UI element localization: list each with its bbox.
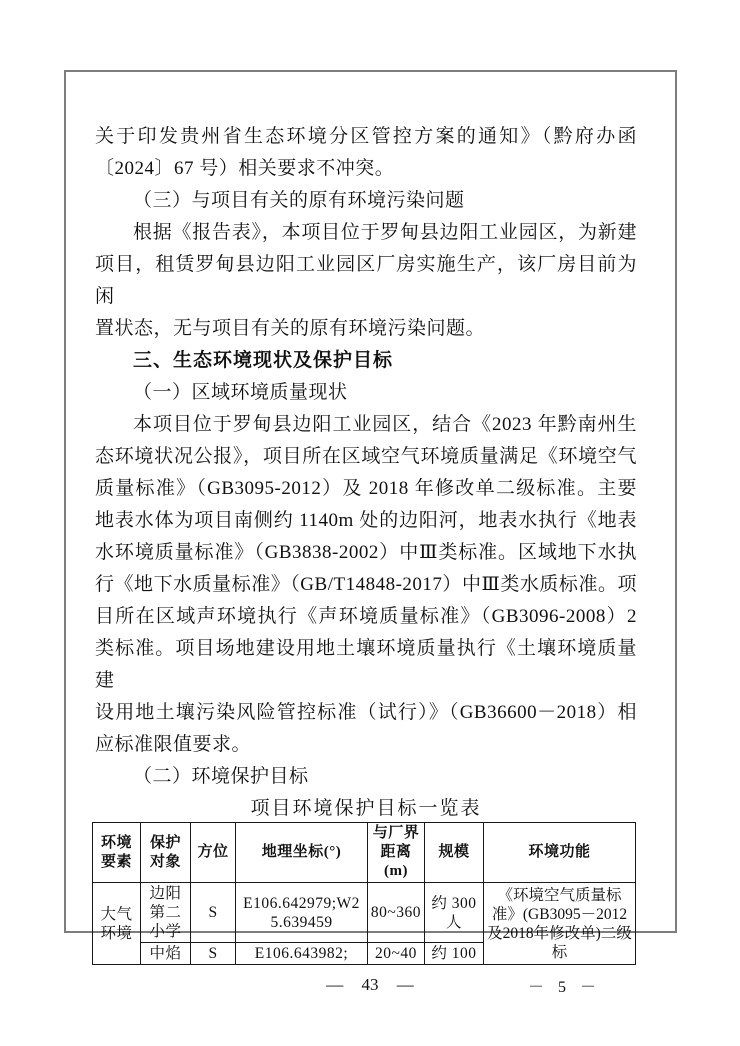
subsection-heading: （一）区域环境质量现状 — [95, 377, 637, 409]
col-header-element: 环境要素 — [93, 823, 141, 883]
table-caption: 项目环境保护目标一览表 — [95, 793, 637, 825]
cell-scale: 约 100 — [425, 943, 484, 965]
cell-scale: 约 300 人 — [425, 883, 484, 943]
col-header-direction: 方位 — [191, 823, 236, 883]
subsection-heading: （三）与项目有关的原有环境污染问题 — [95, 185, 637, 217]
table-header-row: 环境要素 保护对象 方位 地理坐标(°) 与厂界距离(m) 规模 环境功能 — [93, 823, 636, 883]
body-line: 本项目位于罗甸县边阳工业园区，结合《2023 年黔南州生 — [95, 409, 637, 441]
cell-distance: 80~360 — [368, 883, 425, 943]
cell-coordinates: E106.642979;W25.639459 — [236, 883, 368, 943]
body-line: 置状态，无与项目有关的原有环境污染问题。 — [95, 313, 637, 345]
body-line: 质量标准》（GB3095-2012）及 2018 年修改单二级标准。主要 — [95, 473, 637, 505]
cell-direction: S — [191, 883, 236, 943]
table-row: 大气环境 边阳第二小学 S E106.642979;W25.639459 80~… — [93, 883, 636, 943]
section-heading: 三、生态环境现状及保护目标 — [95, 345, 637, 377]
document-page: { "document": { "lines": [ "关于印发贵州省生态环境分… — [0, 0, 740, 1046]
page-border-frame: 关于印发贵州省生态环境分区管控方案的通知》（黔府办函 〔2024〕67 号）相关… — [64, 70, 677, 933]
col-header-env-function: 环境功能 — [484, 823, 636, 883]
col-header-scale: 规模 — [425, 823, 484, 883]
document-body: 关于印发贵州省生态环境分区管控方案的通知》（黔府办函 〔2024〕67 号）相关… — [95, 121, 637, 1004]
col-header-target: 保护对象 — [141, 823, 191, 883]
body-line: 地表水体为项目南侧约 1140m 处的边阳河，地表水执行《地表 — [95, 505, 637, 537]
cell-element: 大气环境 — [93, 883, 141, 965]
body-line: 设用地土壤污染风险管控标准（试行）》（GB36600－2018）相 — [95, 697, 637, 729]
cell-distance: 20~40 — [368, 943, 425, 965]
body-line: 项目，租赁罗甸县边阳工业园区厂房实施生产，该厂房目前为闲 — [95, 249, 637, 313]
outer-page-number: — 43 — — [0, 975, 740, 995]
col-header-distance: 与厂界距离(m) — [368, 823, 425, 883]
body-line: 态环境状况公报》，项目所在区域空气环境质量满足《环境空气 — [95, 441, 637, 473]
body-line: 类标准。项目场地建设用地土壤环境质量执行《土壤环境质量 建 — [95, 633, 637, 697]
protection-targets-table: 环境要素 保护对象 方位 地理坐标(°) 与厂界距离(m) 规模 环境功能 大气… — [92, 822, 636, 965]
cell-env-function: 《环境空气质量标准》(GB3095－2012及2018年修改单)二级标 — [484, 883, 636, 965]
body-line: 〔2024〕67 号）相关要求不冲突。 — [95, 153, 637, 185]
body-line: 目所在区域声环境执行《声环境质量标准》（GB3096-2008）2 — [95, 601, 637, 633]
subsection-heading: （二）环境保护目标 — [95, 761, 637, 793]
cell-target: 边阳第二小学 — [141, 883, 191, 943]
cell-direction: S — [191, 943, 236, 965]
cell-coordinates: E106.643982; — [236, 943, 368, 965]
body-line: 水环境质量标准》（GB3838-2002）中Ⅲ类标准。区域地下水执 — [95, 537, 637, 569]
body-line: 行《地下水质量标准》（GB/T14848-2017）中Ⅲ类水质标准。项 — [95, 569, 637, 601]
body-line: 关于印发贵州省生态环境分区管控方案的通知》（黔府办函 — [95, 121, 637, 153]
body-line: 根据《报告表》，本项目位于罗甸县边阳工业园区，为新建 — [95, 217, 637, 249]
body-line: 应标准限值要求。 — [95, 729, 637, 761]
cell-target: 中焰 — [141, 943, 191, 965]
col-header-coordinates: 地理坐标(°) — [236, 823, 368, 883]
